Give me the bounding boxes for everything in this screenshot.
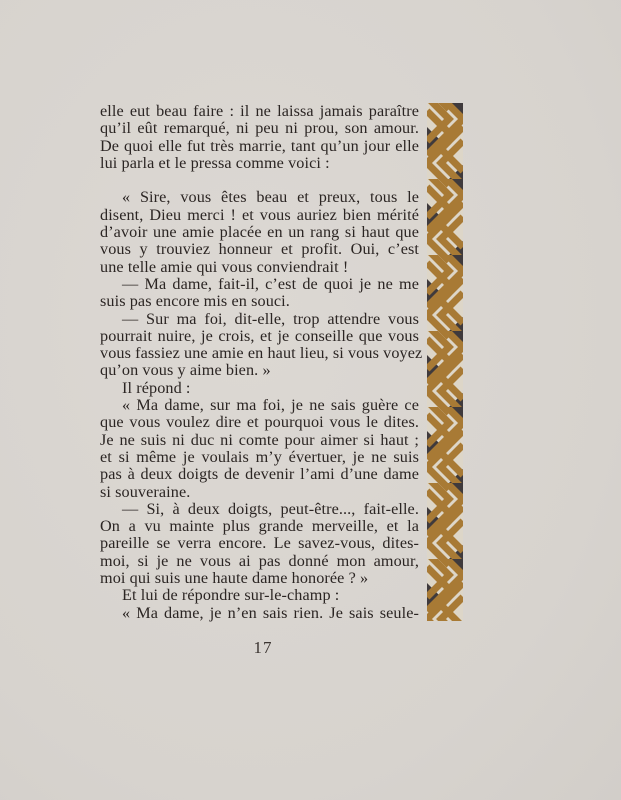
text-line: elle eut beau faire : il ne laissa jamai… [100, 103, 419, 120]
text-line: Et lui de répondre sur-le-champ : [100, 587, 419, 604]
text-line: « Ma dame, je n’en sais rien. Je sais se… [100, 605, 419, 622]
text-line: si souveraine. [100, 484, 419, 501]
text-line: — Sur ma foi, dit-elle, trop attendre vo… [100, 311, 419, 328]
blank-line [100, 172, 419, 189]
text-line: disent, Dieu merci ! et vous auriez bien… [100, 207, 419, 224]
text-line: Je ne suis ni duc ni comte pour aimer si… [100, 432, 419, 449]
text-line: De quoi elle fut très marrie, tant qu’un… [100, 138, 419, 155]
text-line: On a vu mainte plus grande merveille, et… [100, 518, 419, 535]
decorative-zigzag-border [427, 103, 463, 621]
text-line: « Sire, vous êtes beau et preux, tous le [100, 189, 419, 206]
text-line: d’avoir une amie placée en un rang si ha… [100, 224, 419, 241]
text-line: une telle amie qui vous conviendrait ! [100, 259, 419, 276]
text-line: pareille se verra encore. Le savez-vous,… [100, 535, 419, 552]
text-line: pourrait nuire, je crois, et je conseill… [100, 328, 419, 345]
text-line: lui parla et le pressa comme voici : [100, 155, 419, 172]
text-line: et si même je voulais m’y évertuer, je n… [100, 449, 419, 466]
text-line: — Si, à deux doigts, peut-être..., fait-… [100, 501, 419, 518]
text-line: que vous voulez dire et pourquoi vous le… [100, 414, 419, 431]
body-text: elle eut beau faire : il ne laissa jamai… [100, 103, 419, 622]
text-line: qu’on vous y aime bien. » [100, 362, 419, 379]
text-line: vous y trouviez honneur et profit. Oui, … [100, 241, 419, 258]
text-line: « Ma dame, sur ma foi, je ne sais guère … [100, 397, 419, 414]
text-line: qu’il eût remarqué, ni peu ni prou, son … [100, 120, 419, 137]
text-line: moi qui suis une haute dame honorée ? » [100, 570, 419, 587]
text-line: — Ma dame, fait-il, c’est de quoi je ne … [100, 276, 419, 293]
text-line: moi, si je ne vous ai pas donné mon amou… [100, 553, 419, 570]
book-page: elle eut beau faire : il ne laissa jamai… [0, 0, 621, 800]
page-number: 17 [250, 638, 276, 658]
text-line: vous fassiez une amie en haut lieu, si v… [100, 345, 419, 362]
text-line: pas à deux doigts de devenir l’ami d’une… [100, 466, 419, 483]
text-line: suis pas encore mis en souci. [100, 293, 419, 310]
text-line: Il répond : [100, 380, 419, 397]
